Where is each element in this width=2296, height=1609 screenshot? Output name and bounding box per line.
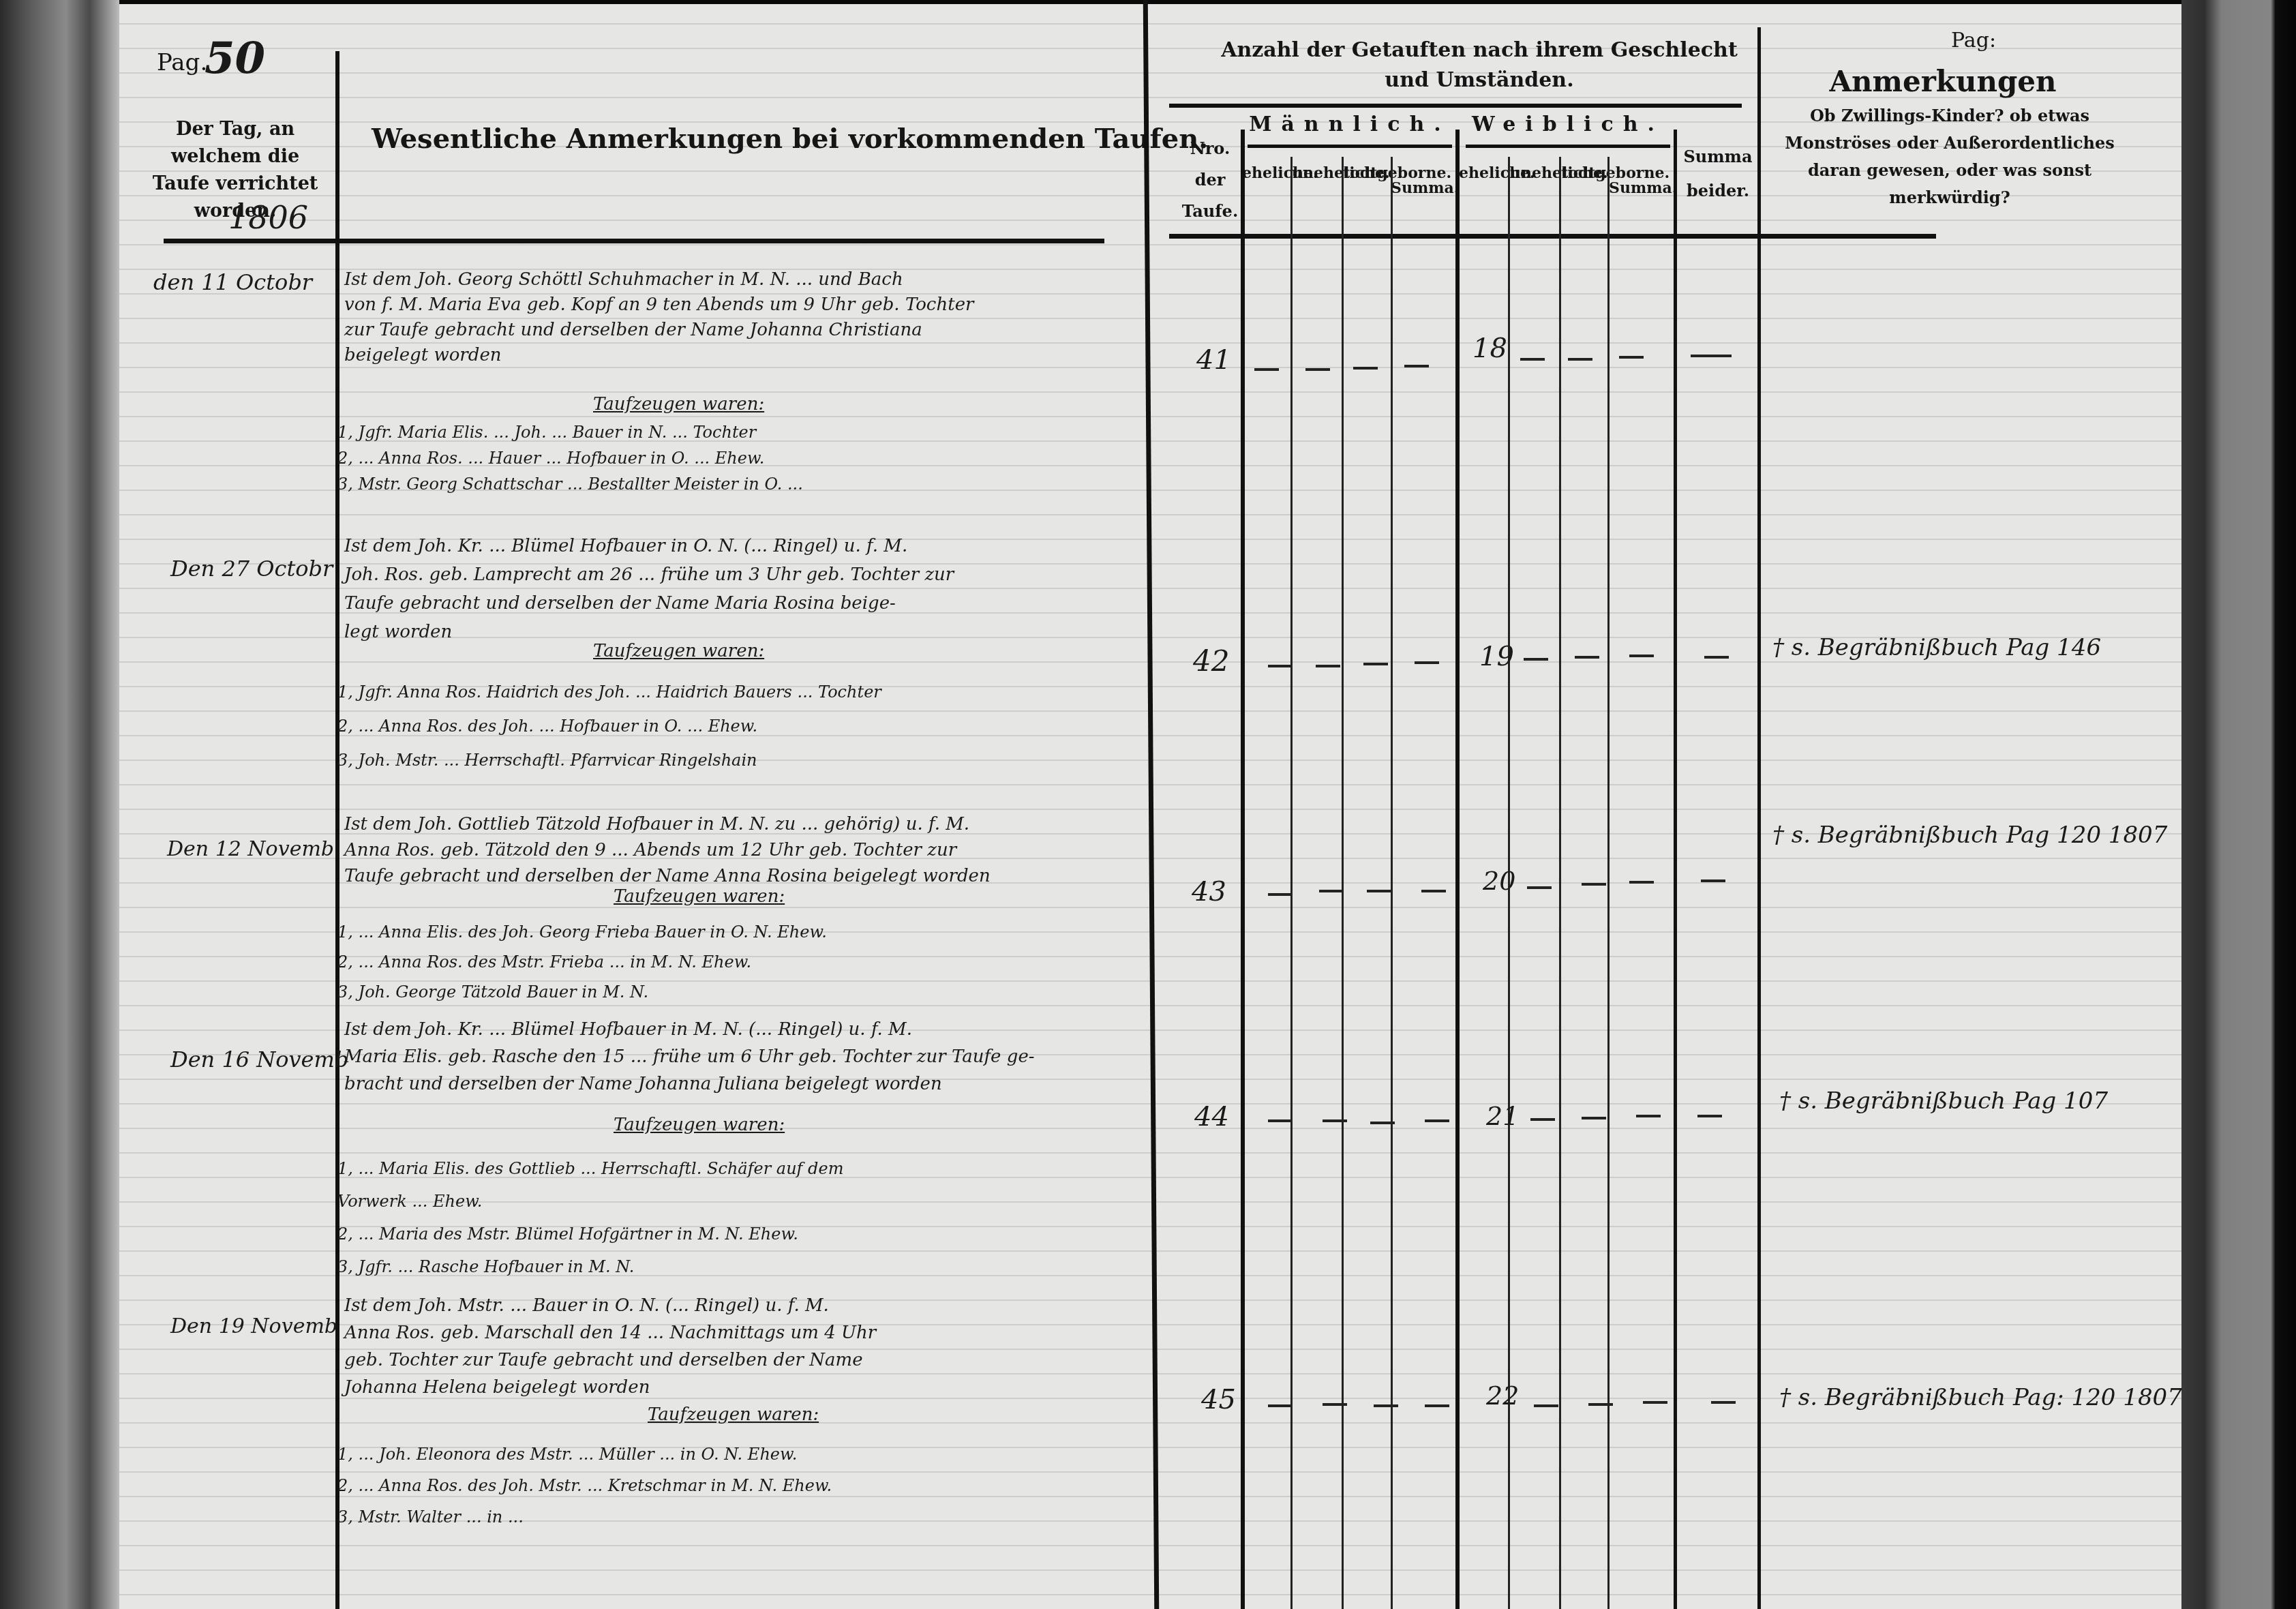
entry-nro: 44 bbox=[1194, 1101, 1229, 1132]
m-uneheliche-header: uneheliche. bbox=[1292, 164, 1341, 183]
summa-beider-header: Summa beider. bbox=[1680, 140, 1755, 208]
entry-text: Ist dem Joh. Gottlieb Tätzold Hofbauer i… bbox=[344, 811, 991, 889]
entry-date: Den 12 Novemb bbox=[167, 837, 334, 861]
godparents-list: 1, Jgfr. Maria Elis. ... Joh. ... Bauer … bbox=[337, 419, 803, 497]
godparents-list: 1, ... Joh. Eleonora des Mstr. ... Mülle… bbox=[337, 1439, 832, 1533]
register-page: Pag. 50 Pag: Der Tag, an welchem die Tau… bbox=[0, 0, 2296, 1609]
entry-text: Ist dem Joh. Georg Schöttl Schuhmacher i… bbox=[344, 267, 973, 368]
godparents-heading: Taufzeugen waren: bbox=[593, 394, 764, 415]
maennlich-header: Männlich. bbox=[1248, 112, 1452, 136]
entry-weiblich-ehelich: 18 bbox=[1472, 333, 1507, 364]
godparents-list: 1, ... Maria Elis. des Gottlieb ... Herr… bbox=[337, 1152, 843, 1283]
table-header-rule bbox=[1169, 234, 1936, 239]
entry-weiblich-ehelich: 21 bbox=[1486, 1101, 1519, 1131]
m-todtgeborne-header: todtgeborne. bbox=[1343, 164, 1391, 183]
gender-divider bbox=[1455, 130, 1460, 1609]
counts-header: Anzahl der Getauften nach ihrem Geschlec… bbox=[1220, 35, 1738, 95]
w-eheliche-header: eheliche. bbox=[1459, 164, 1508, 183]
entry-nro: 43 bbox=[1192, 876, 1226, 907]
col-divider bbox=[1342, 157, 1344, 1609]
maennlich-rule bbox=[1248, 145, 1452, 148]
entry-remark: † s. Begräbnißbuch Pag 146 bbox=[1772, 634, 2101, 661]
col-divider bbox=[1559, 157, 1561, 1609]
center-gutter-line bbox=[1143, 0, 1159, 1609]
remarks-divider bbox=[1757, 27, 1761, 1609]
godparents-heading: Taufzeugen waren: bbox=[614, 1115, 785, 1135]
year-label: 1806 bbox=[228, 199, 308, 236]
entry-nro: 41 bbox=[1196, 344, 1231, 376]
right-page-edge bbox=[2181, 0, 2296, 1609]
counts-top-rule bbox=[1169, 104, 1742, 108]
entry-date: Den 16 Novemb bbox=[170, 1047, 348, 1072]
left-page-label: Pag. bbox=[157, 49, 207, 76]
m-eheliche-header: eheliche. bbox=[1242, 164, 1290, 183]
col-divider bbox=[1607, 157, 1610, 1609]
w-todtgeborne-header: todtgeborne. bbox=[1561, 164, 1609, 183]
entry-weiblich-ehelich: 22 bbox=[1486, 1381, 1519, 1411]
remarks-header: Anmerkungen bbox=[1772, 65, 2113, 98]
entry-date: den 11 Octobr bbox=[153, 269, 312, 295]
godparents-heading: Taufzeugen waren: bbox=[614, 886, 785, 907]
entry-remark: † s. Begräbnißbuch Pag 107 bbox=[1779, 1087, 2108, 1115]
godparents-list: 1, ... Anna Elis. des Joh. Georg Frieba … bbox=[337, 917, 827, 1007]
entry-nro: 42 bbox=[1193, 644, 1229, 678]
main-column-header: Wesentliche Anmerkungen bei vorkommenden… bbox=[372, 123, 1208, 155]
entry-remark: † s. Begräbnißbuch Pag 120 1807 bbox=[1772, 822, 2167, 849]
entry-text: Ist dem Joh. Mstr. ... Bauer in O. N. (.… bbox=[344, 1292, 876, 1401]
weiblich-rule bbox=[1466, 145, 1670, 148]
summa-divider bbox=[1674, 130, 1677, 1609]
col-divider bbox=[1391, 157, 1393, 1609]
entry-text: Ist dem Joh. Kr. ... Blümel Hofbauer in … bbox=[344, 1016, 1035, 1098]
date-column-divider bbox=[335, 51, 339, 1609]
entry-nro: 45 bbox=[1201, 1384, 1236, 1415]
nro-header: Nro. der Taufe. bbox=[1179, 133, 1241, 227]
left-page-number: 50 bbox=[205, 33, 265, 84]
entry-date: Den 27 Octobr bbox=[170, 556, 333, 582]
left-binding-edge bbox=[0, 0, 119, 1609]
entry-date: Den 19 Novemb bbox=[170, 1314, 337, 1338]
header-rule-left bbox=[164, 239, 1104, 243]
godparents-list: 1, Jgfr. Anna Ros. Haidrich des Joh. ...… bbox=[337, 675, 881, 777]
godparents-heading: Taufzeugen waren: bbox=[648, 1404, 819, 1425]
col-divider bbox=[1290, 157, 1293, 1609]
entry-remark: † s. Begräbnißbuch Pag: 120 1807 bbox=[1779, 1384, 2182, 1411]
entry-text: Ist dem Joh. Kr. ... Blümel Hofbauer in … bbox=[344, 532, 954, 646]
godparents-heading: Taufzeugen waren: bbox=[593, 641, 764, 661]
right-page-label: Pag: bbox=[1951, 29, 1996, 52]
m-summa-header: Summa. bbox=[1391, 179, 1453, 198]
w-uneheliche-header: uneheliche. bbox=[1510, 164, 1559, 183]
scan-top-border bbox=[0, 0, 2296, 4]
entry-weiblich-ehelich: 20 bbox=[1483, 866, 1515, 896]
weiblich-header: Weiblich. bbox=[1466, 112, 1670, 136]
entry-weiblich-ehelich: 19 bbox=[1479, 641, 1514, 672]
nro-divider bbox=[1241, 130, 1245, 1609]
w-summa-header: Summa. bbox=[1609, 179, 1674, 198]
remarks-subheader: Ob Zwillings-Kinder? ob etwas Monströses… bbox=[1772, 102, 2127, 211]
